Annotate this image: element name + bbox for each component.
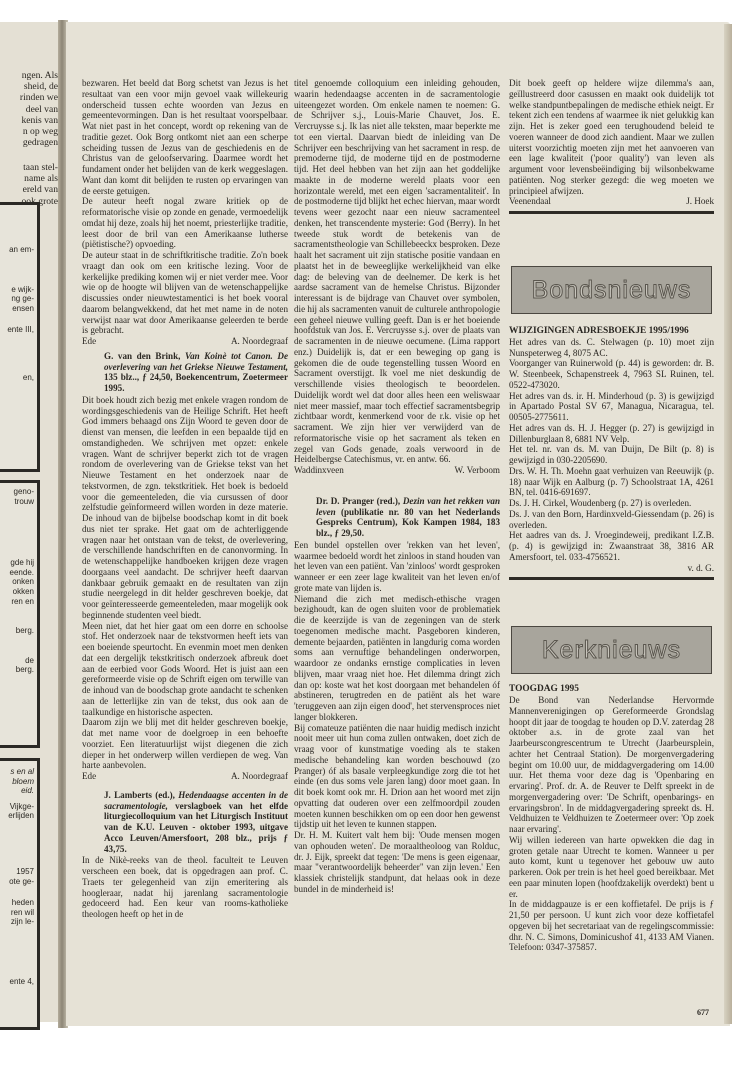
paragraph: De Bond van Nederlandse Hervormde Mannen… xyxy=(509,695,714,835)
reviewer-place: Ede xyxy=(82,771,96,782)
box-line: Vijkge- xyxy=(0,802,37,812)
book-author: G. van den Brink, xyxy=(104,351,185,361)
book-details: 135 blz.., ƒ 24,50, Boekencentrum, Zoete… xyxy=(104,372,288,393)
box-line: onken xyxy=(0,577,37,587)
review-signature: Ede A. Noordegraaf xyxy=(82,771,288,782)
left-page-box-1: an em- e wijk- ng ge- ensen ente III, en… xyxy=(0,202,40,472)
paragraph: In de Nikè-reeks van de theol. faculteit… xyxy=(82,855,288,920)
page-number: 677 xyxy=(697,1008,709,1017)
box-line: geno- xyxy=(0,487,37,497)
text-line: ereld van xyxy=(0,184,58,195)
notice-item: Het adres van ds. H. J. Hegger (p. 27) i… xyxy=(509,423,714,445)
box-line: bloem xyxy=(0,777,37,787)
text-line: kenis van xyxy=(0,115,58,126)
column-2: titel genoemde colloquium een inleiding … xyxy=(294,78,500,895)
notice-item: Het tel. nr. van ds. M. van Duijn, De Bi… xyxy=(509,444,714,466)
notice-item: Ds. J. van den Born, Hardinxveld-Giessen… xyxy=(509,509,714,531)
box-line: ensen xyxy=(0,304,37,314)
book-details: (publikatie nr. 80 van het Nederlands Ge… xyxy=(316,507,500,539)
column-3: Dit boek geeft op heldere wijze dilemma'… xyxy=(509,78,714,953)
box-line: berg. xyxy=(0,665,37,675)
left-page-text-top: ngen. Als sheid, de rinden we deel van k… xyxy=(0,70,58,148)
box-line: erlijden xyxy=(0,811,37,821)
reviewer-place: Waddinxveen xyxy=(294,465,344,476)
box-line: ren en xyxy=(0,597,37,607)
box-line: eid. xyxy=(0,786,37,796)
text-line: rinden we xyxy=(0,92,58,103)
notice-item: Het adres van ds. C. Stelwagen (p. 10) m… xyxy=(509,337,714,359)
text-line: name als xyxy=(0,173,58,184)
page-edge-shadow xyxy=(724,24,732,1024)
book-author: Dr. D. Pranger (red.), xyxy=(316,496,403,506)
box-line: 1957 xyxy=(0,867,37,877)
box-line: ente III, xyxy=(0,325,37,335)
box-line: s en al xyxy=(0,767,37,777)
reviewer-name: J. Hoek xyxy=(686,196,714,207)
box-line: eende. xyxy=(0,568,37,578)
left-page-box-2: geno- trouw gde hij eende. onken okken r… xyxy=(0,480,40,748)
box-line: ren wil xyxy=(0,908,37,918)
left-page-fragment: ngen. Als sheid, de rinden we deel van k… xyxy=(0,22,62,1022)
left-page-text-mid: taan stel- name als ereld van ook grote xyxy=(0,162,58,207)
book-review-heading: Dr. D. Pranger (red.), Dezin van het rek… xyxy=(294,496,500,539)
reviewer-name: A. Noordegraaf xyxy=(231,771,288,782)
review-signature: Waddinxveen W. Verboom xyxy=(294,465,500,476)
text-line: sheid, de xyxy=(0,81,58,92)
reviewer-place: Ede xyxy=(82,336,96,347)
paragraph: Dr. H. M. Kuitert valt hem bij: 'Oude me… xyxy=(294,830,500,895)
box-line: ente 4, xyxy=(0,977,37,987)
section-banner-bondsnieuws: Bondsnieuws xyxy=(511,266,712,314)
paragraph: Een bundel opstellen over 'rekken van he… xyxy=(294,540,500,594)
section-title: Kerknieuws xyxy=(542,645,681,656)
paragraph: In de middagpauze is er een koffietafel.… xyxy=(509,899,714,953)
section-title: Bondsnieuws xyxy=(532,285,692,296)
left-page-box-3: s en al bloem eid. Vijkge- erlijden 1957… xyxy=(0,758,40,1030)
text-line: n op weg xyxy=(0,126,58,137)
review-signature: Ede A. Noordegraaf xyxy=(82,336,288,347)
reviewer-place: Veenendaal xyxy=(509,196,551,207)
notice-item: Het aadres van ds. J. Vroegindeweij, pre… xyxy=(509,530,714,562)
book-review-heading: G. van den Brink, Van Koinè tot Canon. D… xyxy=(82,351,288,394)
section-subheading: TOOGDAG 1995 xyxy=(509,684,714,695)
paragraph: De auteur staat in de schriftkritische t… xyxy=(82,250,288,336)
reviewer-name: A. Noordegraaf xyxy=(231,336,288,347)
text-line: gedragen xyxy=(0,137,58,148)
box-line: trouw xyxy=(0,497,37,507)
section-banner-kerknieuws: Kerknieuws xyxy=(511,626,712,674)
paragraph: titel genoemde colloquium een inleiding … xyxy=(294,78,500,465)
review-signature: Veenendaal J. Hoek xyxy=(509,196,714,207)
notice-item: Voorganger van Ruinerwold (p. 44) is gew… xyxy=(509,358,714,390)
paragraph: Bij comateuze patiënten die naar huidig … xyxy=(294,723,500,831)
book-review-heading: J. Lamberts (ed.), Hedendaagse accenten … xyxy=(82,790,288,855)
notice-item: Ds. J. H. Cirkel, Woudenberg (p. 27) is … xyxy=(509,498,714,509)
box-line: an em- xyxy=(0,245,37,255)
paragraph: Daarom zijn we blij met dit helder gesch… xyxy=(82,717,288,771)
box-line: ote ge- xyxy=(0,877,37,887)
box-line: de xyxy=(0,656,37,666)
notice-item: Het adres van ds. ir. H. Minderhoud (p. … xyxy=(509,391,714,423)
text-line: deel van xyxy=(0,104,58,115)
paragraph: Niemand die zich met medisch-ethische vr… xyxy=(294,594,500,723)
section-signature: v. d. G. xyxy=(509,563,714,574)
box-line: ng ge- xyxy=(0,294,37,304)
box-line: en, xyxy=(0,373,37,383)
paragraph: Meen niet, dat het hier gaat om een dorr… xyxy=(82,621,288,718)
text-line: taan stel- xyxy=(0,162,58,173)
text-line: ngen. Als xyxy=(0,70,58,81)
column-1: bezwaren. Het beeld dat Borg schetst van… xyxy=(82,78,288,920)
book-author: J. Lamberts (ed.), xyxy=(104,790,178,800)
box-line: heden xyxy=(0,898,37,908)
reviewer-name: W. Verboom xyxy=(455,465,500,476)
box-line: e wijk- xyxy=(0,285,37,295)
paragraph: Dit boek houdt zich bezig met enkele vra… xyxy=(82,395,288,621)
box-line: okken xyxy=(0,587,37,597)
paragraph: De auteur heeft nogal zware kritiek op d… xyxy=(82,196,288,250)
paragraph: Wij willen iedereen van harte opwekken d… xyxy=(509,835,714,900)
section-subheading: WIJZIGINGEN ADRESBOEKJE 1995/1996 xyxy=(509,326,714,337)
box-line: zijn le- xyxy=(0,917,37,927)
paragraph: Dit boek geeft op heldere wijze dilemma'… xyxy=(509,78,714,196)
notice-item: Drs. W. H. Th. Moehn gaat verhuizen van … xyxy=(509,466,714,498)
paragraph: bezwaren. Het beeld dat Borg schetst van… xyxy=(82,78,288,196)
box-line: gde hij xyxy=(0,558,37,568)
box-line: berg. xyxy=(0,626,37,636)
